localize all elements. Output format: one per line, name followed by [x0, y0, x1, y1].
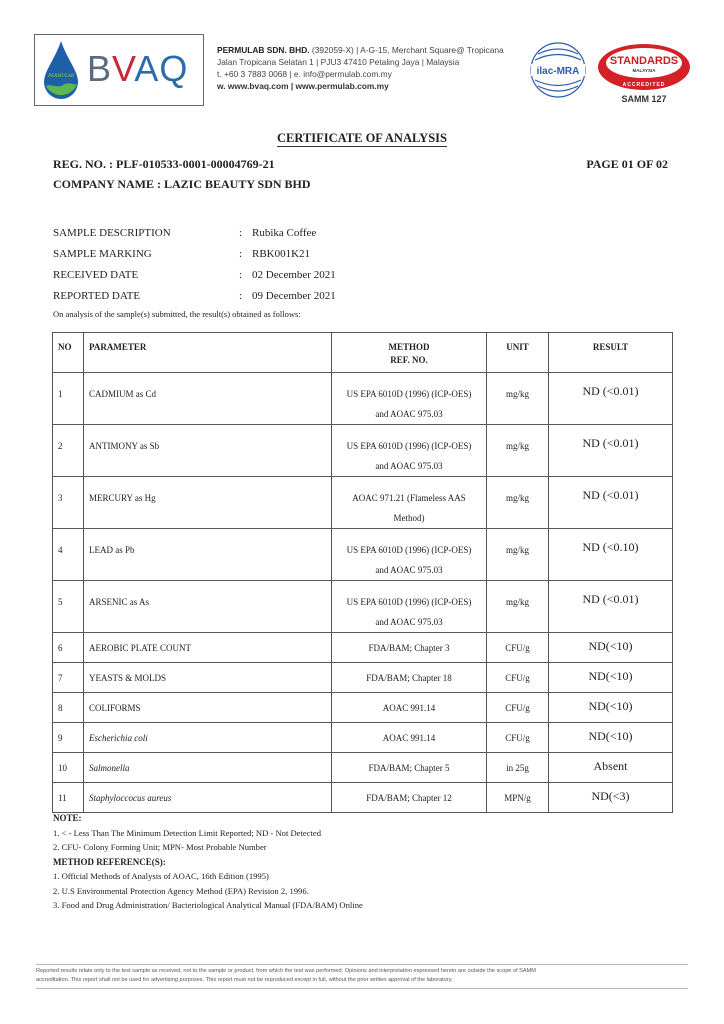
method-reference-title: METHOD REFERENCE(S):: [53, 855, 363, 870]
cell-no: 4: [53, 529, 84, 581]
table-row: 3MERCURY as HgAOAC 971.21 (Flameless AAS…: [53, 477, 673, 529]
cell-no: 2: [53, 425, 84, 477]
cell-method: FDA/BAM; Chapter 3: [332, 633, 487, 663]
cell-unit: mg/kg: [487, 373, 549, 425]
cell-result: ND (<0.01): [549, 477, 673, 529]
svg-text:ilac-MRA: ilac-MRA: [537, 66, 580, 77]
results-table: NO PARAMETER METHODREF. NO. UNIT RESULT …: [52, 332, 673, 813]
cell-result: ND(<10): [549, 633, 673, 663]
lab-name: PERMULAB SDN. BHD.: [217, 45, 310, 55]
cell-parameter: Salmonella: [84, 753, 332, 783]
bvaq-wordmark: BVAQ: [87, 49, 188, 89]
cell-no: 6: [53, 633, 84, 663]
note-item: 2. CFU- Colony Forming Unit; MPN- Most P…: [53, 840, 363, 855]
cell-unit: CFU/g: [487, 723, 549, 753]
document-title: CERTIFICATE OF ANALYSIS: [0, 131, 724, 146]
cell-unit: CFU/g: [487, 693, 549, 723]
cell-unit: in 25g: [487, 753, 549, 783]
svg-text:ACCREDITED: ACCREDITED: [623, 82, 666, 88]
cell-unit: CFU/g: [487, 633, 549, 663]
cell-result: ND (<0.01): [549, 425, 673, 477]
cell-parameter: ANTIMONY as Sb: [84, 425, 332, 477]
method-reference-item: 3. Food and Drug Administration/ Bacteri…: [53, 898, 363, 913]
cell-no: 3: [53, 477, 84, 529]
table-row: 1CADMIUM as CdUS EPA 6010D (1996) (ICP-O…: [53, 373, 673, 425]
cell-parameter: COLIFORMS: [84, 693, 332, 723]
cell-no: 7: [53, 663, 84, 693]
cell-no: 1: [53, 373, 84, 425]
cell-parameter: AEROBIC PLATE COUNT: [84, 633, 332, 663]
cell-parameter: MERCURY as Hg: [84, 477, 332, 529]
svg-text:MALAYSIA: MALAYSIA: [632, 68, 656, 73]
table-row: 11Staphyloccocus aureusFDA/BAM; Chapter …: [53, 783, 673, 813]
page-number: PAGE 01 OF 02: [586, 157, 668, 172]
bvaq-logo: PERMULAB BVAQ: [34, 34, 204, 106]
cell-result: Absent: [549, 753, 673, 783]
method-reference-item: 1. Official Methods of Analysis of AOAC,…: [53, 869, 363, 884]
table-row: 4LEAD as PbUS EPA 6010D (1996) (ICP-OES)…: [53, 529, 673, 581]
cell-method: US EPA 6010D (1996) (ICP-OES)and AOAC 97…: [332, 581, 487, 633]
table-row: 5 ARSENIC as AsUS EPA 6010D (1996) (ICP-…: [53, 581, 673, 633]
cell-no: 8: [53, 693, 84, 723]
col-header-result: RESULT: [549, 333, 673, 373]
water-drop-icon: PERMULAB: [41, 39, 81, 101]
info-value: RBK001K21: [252, 248, 310, 260]
cell-result: ND(<10): [549, 663, 673, 693]
cell-method: US EPA 6010D (1996) (ICP-OES)and AOAC 97…: [332, 373, 487, 425]
cell-method: FDA/BAM; Chapter 12: [332, 783, 487, 813]
intro-text: On analysis of the sample(s) submitted, …: [53, 309, 301, 319]
info-label: REPORTED DATE: [53, 290, 140, 302]
svg-text:PERMULAB: PERMULAB: [47, 74, 74, 79]
info-value: 09 December 2021: [252, 290, 336, 302]
cell-method: US EPA 6010D (1996) (ICP-OES)and AOAC 97…: [332, 529, 487, 581]
standards-malaysia-logo-icon: STANDARDS MALAYSIA ACCREDITED: [596, 42, 692, 92]
cell-method: FDA/BAM; Chapter 18: [332, 663, 487, 693]
col-header-method: METHODREF. NO.: [332, 333, 487, 373]
cell-unit: mg/kg: [487, 529, 549, 581]
cell-unit: MPN/g: [487, 783, 549, 813]
lab-website: w. www.bvaq.com | www.permulab.com.my: [217, 80, 504, 92]
info-label: SAMPLE MARKING: [53, 248, 152, 260]
col-header-no: NO: [53, 333, 84, 373]
cell-method: FDA/BAM; Chapter 5: [332, 753, 487, 783]
info-label: SAMPLE DESCRIPTION: [53, 227, 171, 239]
col-header-unit: UNIT: [487, 333, 549, 373]
cell-method: US EPA 6010D (1996) (ICP-OES)and AOAC 97…: [332, 425, 487, 477]
cell-result: ND(<10): [549, 723, 673, 753]
lab-contact: t. +60 3 7883 0068 | e. info@permulab.co…: [217, 68, 504, 80]
table-row: 10SalmonellaFDA/BAM; Chapter 5in 25gAbse…: [53, 753, 673, 783]
cell-no: 11: [53, 783, 84, 813]
cell-no: 9: [53, 723, 84, 753]
info-value: Rubika Coffee: [252, 227, 316, 239]
cell-no: 10: [53, 753, 84, 783]
cell-result: ND (<0.01): [549, 373, 673, 425]
company-name: COMPANY NAME : LAZIC BEAUTY SDN BHD: [53, 177, 311, 192]
table-header-row: NO PARAMETER METHODREF. NO. UNIT RESULT: [53, 333, 673, 373]
notes-title: NOTE:: [53, 811, 363, 826]
cell-unit: CFU/g: [487, 663, 549, 693]
footer-divider: [36, 988, 688, 989]
cell-parameter: ARSENIC as As: [84, 581, 332, 633]
cell-parameter: CADMIUM as Cd: [84, 373, 332, 425]
cell-result: ND (<0.01): [549, 581, 673, 633]
table-row: 9Escherichia coliAOAC 991.14CFU/gND(<10): [53, 723, 673, 753]
note-item: 1. < - Less Than The Minimum Detection L…: [53, 826, 363, 841]
cell-method: AOAC 971.21 (Flameless AASMethod): [332, 477, 487, 529]
cell-unit: mg/kg: [487, 477, 549, 529]
cell-unit: mg/kg: [487, 425, 549, 477]
footer-disclaimer: Reported results relate only to the test…: [36, 967, 696, 985]
method-reference-item: 2. U.S Environmental Protection Agency M…: [53, 884, 363, 899]
info-label: RECEIVED DATE: [53, 269, 138, 281]
notes-section: NOTE: 1. < - Less Than The Minimum Detec…: [53, 811, 363, 913]
cell-unit: mg/kg: [487, 581, 549, 633]
cell-method: AOAC 991.14: [332, 693, 487, 723]
cell-result: ND (<0.10): [549, 529, 673, 581]
cell-result: ND(<3): [549, 783, 673, 813]
cell-result: ND(<10): [549, 693, 673, 723]
col-header-parameter: PARAMETER: [84, 333, 332, 373]
cell-no: 5: [53, 581, 84, 633]
cell-parameter: Escherichia coli: [84, 723, 332, 753]
ilac-mra-logo-icon: ilac-MRA: [530, 40, 586, 100]
svg-text:STANDARDS: STANDARDS: [610, 55, 678, 67]
table-row: 8COLIFORMSAOAC 991.14CFU/gND(<10): [53, 693, 673, 723]
registration-number: REG. NO. : PLF-010533-0001-00004769-21: [53, 157, 275, 172]
info-value: 02 December 2021: [252, 269, 336, 281]
table-row: 6AEROBIC PLATE COUNTFDA/BAM; Chapter 3CF…: [53, 633, 673, 663]
lab-address-block: PERMULAB SDN. BHD. (392059-X) | A-G-15, …: [217, 44, 504, 92]
footer-divider: [36, 964, 688, 965]
cell-parameter: YEASTS & MOLDS: [84, 663, 332, 693]
lab-address: Jalan Tropicana Selatan 1 | PJU3 47410 P…: [217, 56, 504, 68]
cell-parameter: Staphyloccocus aureus: [84, 783, 332, 813]
samm-number: SAMM 127: [596, 94, 692, 104]
table-row: 7YEASTS & MOLDSFDA/BAM; Chapter 18CFU/gN…: [53, 663, 673, 693]
cell-parameter: LEAD as Pb: [84, 529, 332, 581]
table-row: 2ANTIMONY as SbUS EPA 6010D (1996) (ICP-…: [53, 425, 673, 477]
cell-method: AOAC 991.14: [332, 723, 487, 753]
